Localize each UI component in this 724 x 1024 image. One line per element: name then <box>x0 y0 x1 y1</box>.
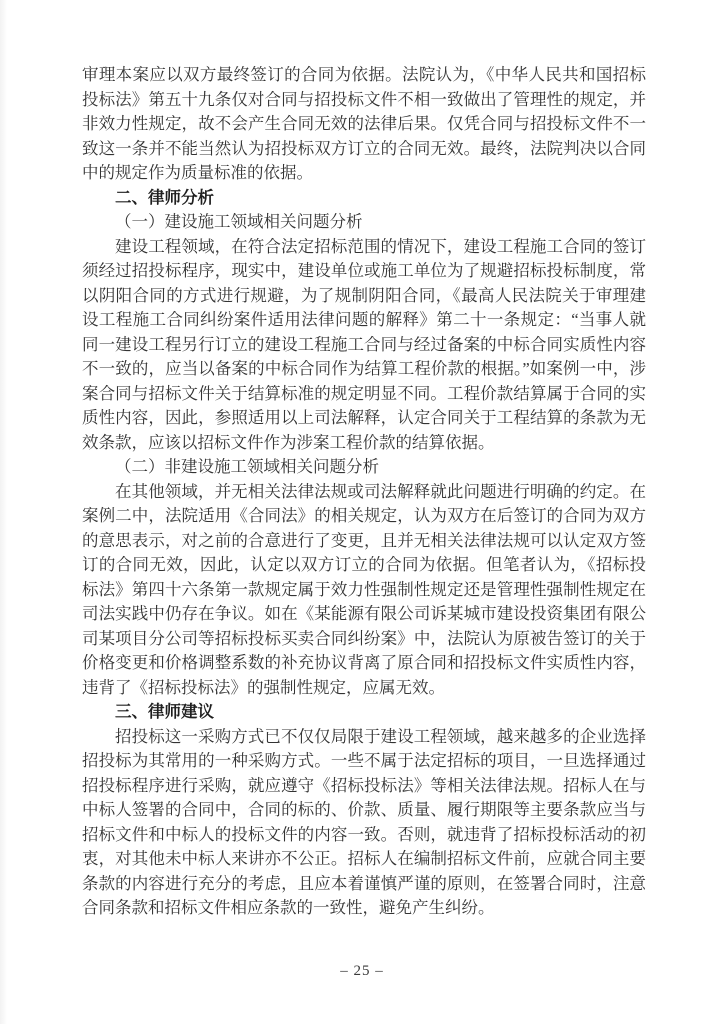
paragraph-case-conclusion: 审理本案应以双方最终签订的合同为依据。法院认为，《中华人民共和国招标投标法》第五… <box>82 63 646 186</box>
section-heading-lawyer-analysis: 二、律师分析 <box>82 186 646 211</box>
paragraph-non-construction-field-analysis: 在其他领域，并无相关法律法规或司法解释就此问题进行明确的约定。在案例二中，法院适… <box>82 480 646 701</box>
section-heading-lawyer-advice: 三、律师建议 <box>82 700 646 725</box>
subheading-construction-field-analysis: （一）建设施工领域相关问题分析 <box>82 210 646 235</box>
paragraph-construction-field-analysis: 建设工程领域，在符合法定招标范围的情况下，建设工程施工合同的签订须经过招投标程序… <box>82 235 646 456</box>
subheading-non-construction-field-analysis: （二）非建设施工领域相关问题分析 <box>82 455 646 480</box>
document-page: 审理本案应以双方最终签订的合同为依据。法院认为，《中华人民共和国招标投标法》第五… <box>0 0 724 1024</box>
document-body: 审理本案应以双方最终签订的合同为依据。法院认为，《中华人民共和国招标投标法》第五… <box>82 63 646 921</box>
page-number: – 25 – <box>0 963 724 980</box>
paragraph-lawyer-advice: 招投标这一采购方式已不仅仅局限于建设工程领域，越来越多的企业选择招投标为其常用的… <box>82 725 646 921</box>
